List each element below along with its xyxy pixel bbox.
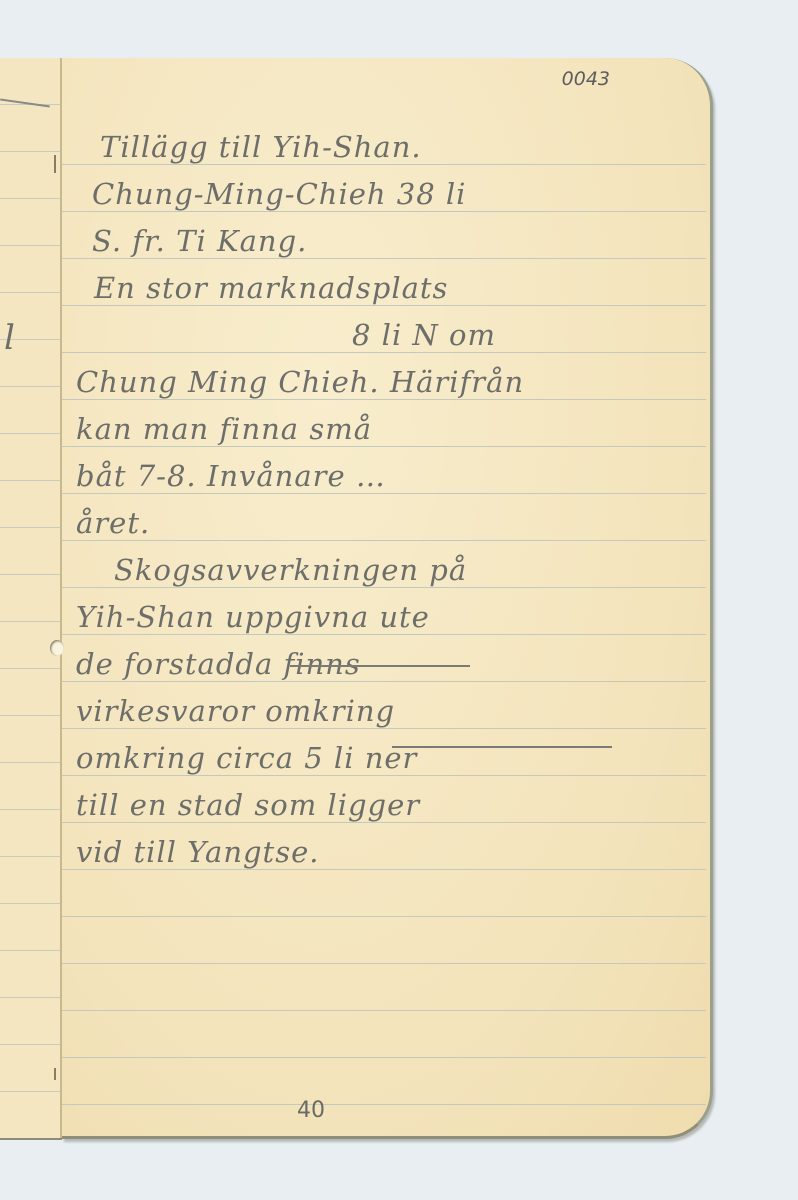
notebook-page: 0043 Tillägg till Yih-Shan. Chung-Ming-C… xyxy=(62,58,713,1139)
handwritten-line-13: virkesvaror omkring xyxy=(76,694,395,728)
handwritten-line-9: året. xyxy=(76,506,150,540)
page-number: 40 xyxy=(297,1098,325,1123)
rule-line xyxy=(62,869,706,870)
rule-line xyxy=(0,856,62,857)
rule-line xyxy=(0,198,62,199)
strikethrough-mark xyxy=(392,746,612,748)
handwritten-line-2: Chung-Ming-Chieh 38 li xyxy=(92,177,466,211)
handwritten-line-5: 8 li N om xyxy=(352,318,496,352)
rule-line xyxy=(62,775,706,776)
rule-line xyxy=(0,245,62,246)
rule-line xyxy=(62,634,706,635)
rule-line xyxy=(0,433,62,434)
rule-line xyxy=(0,903,62,904)
rule-line xyxy=(62,728,706,729)
handwritten-line-10: Skogsavverkningen på xyxy=(114,553,467,587)
handwritten-line-16: vid till Yangtse. xyxy=(76,835,319,869)
handwritten-line-8: båt 7-8. Invånare … xyxy=(76,459,386,493)
rule-line xyxy=(62,211,706,212)
rule-line xyxy=(62,352,706,353)
rule-line xyxy=(62,681,706,682)
pencil-stroke xyxy=(0,99,50,108)
rule-line xyxy=(0,527,62,528)
rule-line xyxy=(62,493,706,494)
rule-line xyxy=(0,762,62,763)
rule-line xyxy=(62,822,706,823)
rule-line xyxy=(62,916,706,917)
handwritten-line-12: de forstadda finns xyxy=(76,647,361,681)
rule-line xyxy=(0,621,62,622)
binding-hole xyxy=(50,640,64,656)
rule-line xyxy=(0,386,62,387)
rule-line xyxy=(0,668,62,669)
rule-line xyxy=(0,715,62,716)
rule-line xyxy=(62,963,706,964)
rule-line xyxy=(62,258,706,259)
rule-line xyxy=(0,292,62,293)
handwritten-line-3: S. fr. Ti Kang. xyxy=(92,224,307,258)
rule-line xyxy=(62,446,706,447)
rule-line xyxy=(0,809,62,810)
rule-line xyxy=(62,540,706,541)
left-page-handwriting: l xyxy=(4,318,15,358)
rule-line xyxy=(0,151,62,152)
rule-line xyxy=(62,1057,706,1058)
handwritten-line-7: kan man finna små xyxy=(76,412,372,446)
rule-line xyxy=(0,950,62,951)
rule-line xyxy=(0,1091,62,1092)
rule-line xyxy=(62,305,706,306)
rule-line xyxy=(0,480,62,481)
left-page-edge: l xyxy=(0,58,62,1140)
handwritten-line-4: En stor marknadsplats xyxy=(94,271,448,305)
rule-line xyxy=(62,1010,706,1011)
rule-line xyxy=(62,1104,706,1105)
handwritten-line-6: Chung Ming Chieh. Härifrån xyxy=(76,365,524,399)
rule-line xyxy=(0,997,62,998)
binding-stitch xyxy=(54,1068,66,1080)
handwritten-line-14: omkring circa 5 li ner xyxy=(76,741,417,775)
handwritten-line-15: till en stad som ligger xyxy=(76,788,420,822)
rule-line xyxy=(62,399,706,400)
binding-stitch xyxy=(54,155,66,173)
rule-line xyxy=(0,1044,62,1045)
strikethrough-mark xyxy=(290,665,470,667)
handwritten-line-1: Tillägg till Yih-Shan. xyxy=(100,130,422,164)
rule-line xyxy=(62,164,706,165)
archive-number: 0043 xyxy=(562,68,610,90)
handwritten-line-11: Yih-Shan uppgivna ute xyxy=(76,600,430,634)
rule-line xyxy=(0,574,62,575)
rule-line xyxy=(62,587,706,588)
